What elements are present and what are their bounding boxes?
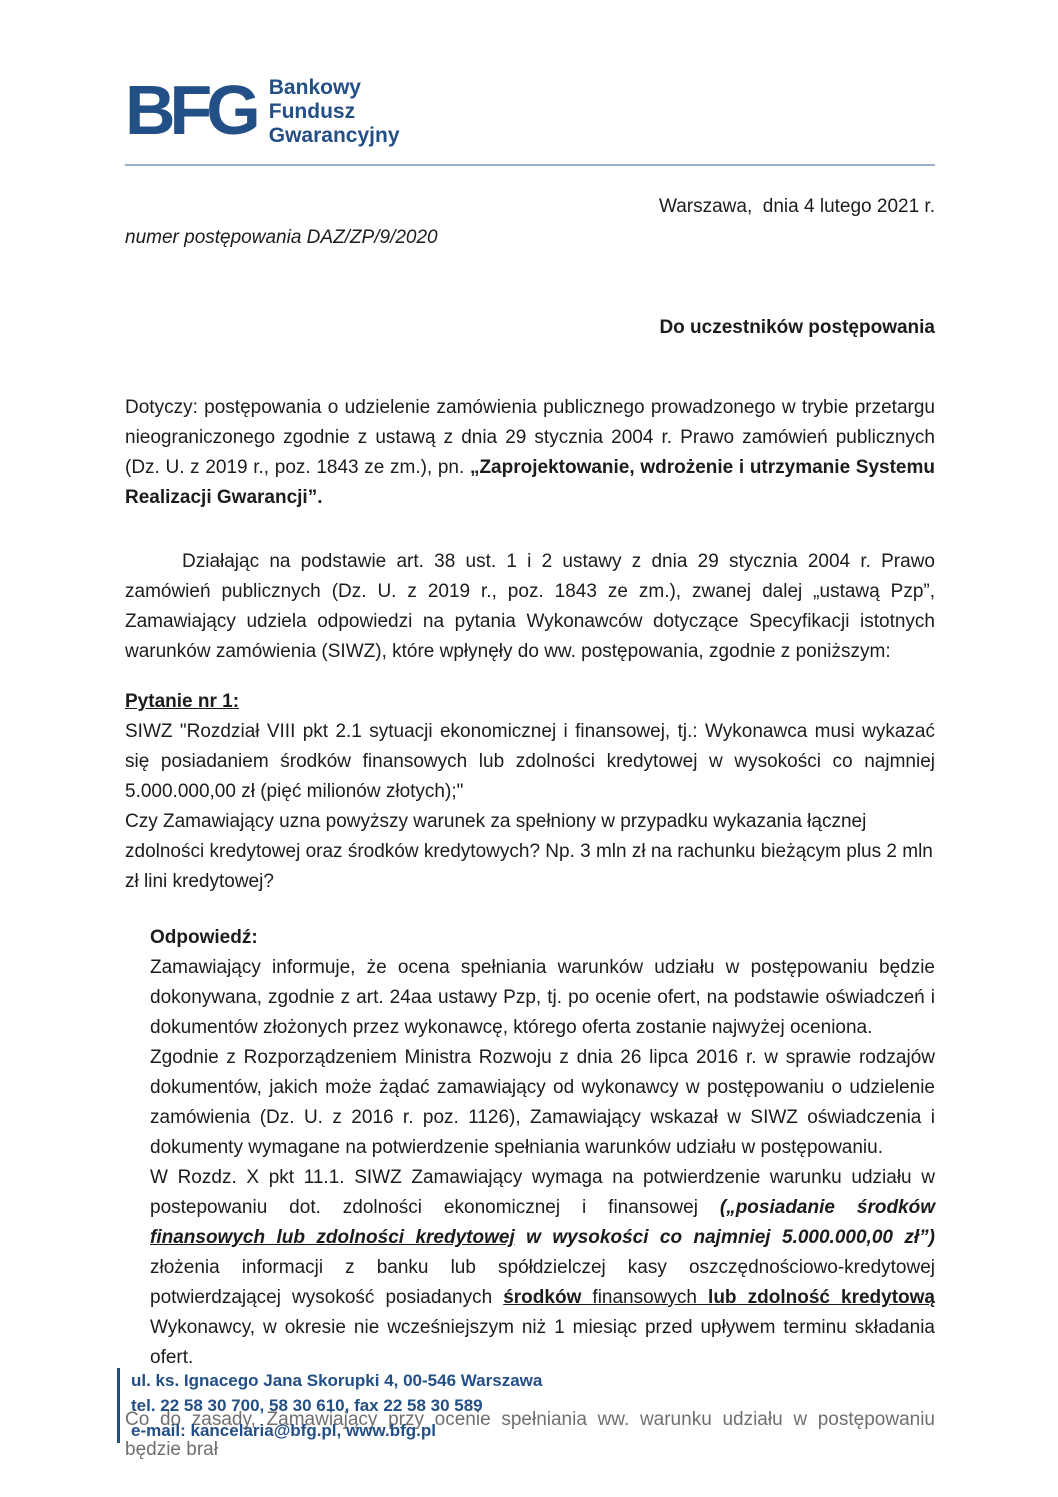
answer-p3-quote-open: („posiadanie środków [720,1197,935,1218]
answer-p3-underline-2: finansowych [592,1287,708,1308]
addressee: Do uczestników postępowania [125,313,935,343]
answer-heading: Odpowiedź: [150,923,935,953]
footer-phone-line: tel. 22 58 30 700, 58 30 610, fax 22 58 … [131,1393,542,1418]
footer-email-line: e-mail: kancelaria@bfg.pl, www.bfg.pl [131,1418,542,1443]
answer-p3-underline-1: środków [503,1287,592,1308]
answer-block: Odpowiedź: Zamawiający informuje, że oce… [150,923,935,1373]
date-line: Warszawa, dnia 4 lutego 2021 r. [125,192,935,222]
footer-address-line: ul. ks. Ignacego Jana Skorupki 4, 00-546… [131,1368,542,1393]
answer-p3-quote-underlined: finansowych lub zdolności kredytowej [150,1227,515,1248]
answer-p3-underline-4: zdolność kredytową [737,1287,935,1308]
logo-name-line-2: Fundusz [269,100,400,124]
bfg-logo-name: Bankowy Fundusz Gwarancyjny [269,72,400,148]
footer: ul. ks. Ignacego Jana Skorupki 4, 00-546… [117,1368,542,1443]
question-text-1: SIWZ "Rozdział VIII pkt 2.1 sytuacji eko… [125,717,935,807]
question-text-2: Czy Zamawiający uzna powyższy warunek za… [125,807,935,897]
intro-paragraph: Działając na podstawie art. 38 ust. 1 i … [125,547,935,667]
case-number: numer postępowania DAZ/ZP/9/2020 [125,223,935,253]
answer-paragraph-3: W Rozdz. X pkt 11.1. SIWZ Zamawiający wy… [150,1163,935,1373]
answer-paragraph-2: Zgodnie z Rozporządzeniem Ministra Rozwo… [150,1043,935,1163]
question-heading: Pytanie nr 1: [125,687,935,717]
logo-name-line-1: Bankowy [269,76,400,100]
answer-p3-text-3: Wykonawcy, w okresie nie wcześniejszym n… [150,1317,935,1368]
bfg-logo-acronym: BFG [125,70,255,150]
subject-paragraph: Dotyczy: postępowania o udzielenie zamów… [125,393,935,513]
answer-p3-underline-3: lub [708,1287,737,1308]
bfg-logo: BFG Bankowy Fundusz Gwarancyjny [125,0,935,150]
answer-p3-quote-close: w wysokości co najmniej 5.000.000,00 zł”… [515,1227,935,1248]
answer-paragraph-1: Zamawiający informuje, że ocena spełnian… [150,953,935,1043]
header-rule [125,164,935,166]
document-page: BFG Bankowy Fundusz Gwarancyjny Warszawa… [0,0,1058,1497]
logo-name-line-3: Gwarancyjny [269,124,400,148]
